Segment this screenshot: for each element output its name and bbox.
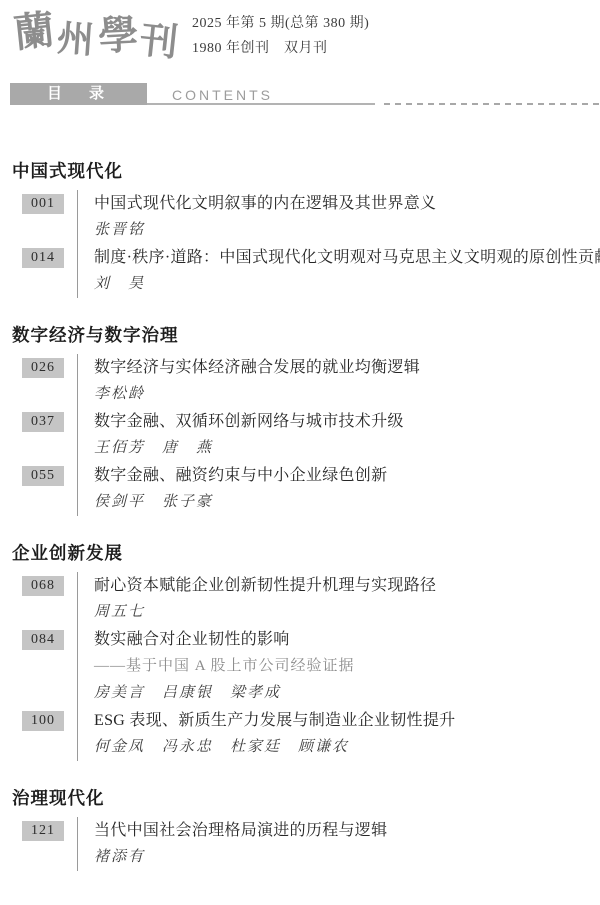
toc-entry: 121 当代中国社会治理格局演进的历程与逻辑 褚添有 <box>22 817 600 871</box>
article-title: 当代中国社会治理格局演进的历程与逻辑 <box>94 817 387 844</box>
toc-entry: 084 数实融合对企业韧性的影响 ——基于中国 A 股上市公司经验证据 房美言 … <box>22 626 600 707</box>
article-title: 数字金融、双循环创新网络与城市技术升级 <box>94 408 404 435</box>
page-number: 068 <box>22 576 64 596</box>
toc-section: 企业创新发展 068 耐心资本赋能企业创新韧性提升机理与实现路径 周五七 084… <box>0 540 600 761</box>
toc-entry: 026 数字经济与实体经济融合发展的就业均衡逻辑 李松龄 <box>22 354 600 408</box>
section-entries: 001 中国式现代化文明叙事的内在逻辑及其世界意义 张晋铭 014 制度·秩序·… <box>0 190 600 298</box>
toc-entry: 037 数字金融、双循环创新网络与城市技术升级 王佰芳 唐 燕 <box>22 408 600 462</box>
toc-section: 数字经济与数字治理 026 数字经济与实体经济融合发展的就业均衡逻辑 李松龄 0… <box>0 322 600 516</box>
page-number: 037 <box>22 412 64 432</box>
entry-body: 数字金融、双循环创新网络与城市技术升级 王佰芳 唐 燕 <box>77 408 412 462</box>
article-authors: 房美言 吕康银 梁孝成 <box>94 680 355 707</box>
journal-logo: 蘭州學刊 <box>14 2 182 59</box>
page-number: 055 <box>22 466 64 486</box>
page-number: 026 <box>22 358 64 378</box>
logo-char: 州 <box>55 9 97 64</box>
issue-number: 2025 年第 5 期(总第 380 期) <box>192 11 369 36</box>
toc-title-en: CONTENTS <box>172 87 273 103</box>
section-entries: 121 当代中国社会治理格局演进的历程与逻辑 褚添有 <box>0 817 600 871</box>
page-number: 100 <box>22 711 64 731</box>
article-title: 数实融合对企业韧性的影响 <box>94 626 355 653</box>
article-title: 数字金融、融资约束与中小企业绿色创新 <box>94 462 387 489</box>
article-subtitle: ——基于中国 A 股上市公司经验证据 <box>94 653 355 680</box>
article-authors: 褚添有 <box>94 844 387 871</box>
masthead: 蘭州學刊 2025 年第 5 期(总第 380 期) 1980 年创刊 双月刊 <box>0 0 600 83</box>
article-authors: 张晋铭 <box>94 217 436 244</box>
entry-body: 数字金融、融资约束与中小企业绿色创新 侯剑平 张子豪 <box>77 462 395 516</box>
logo-char: 刊 <box>137 9 182 67</box>
section-entries: 068 耐心资本赋能企业创新韧性提升机理与实现路径 周五七 084 数实融合对企… <box>0 572 600 761</box>
toc-section: 治理现代化 121 当代中国社会治理格局演进的历程与逻辑 褚添有 <box>0 785 600 871</box>
page-number: 001 <box>22 194 64 214</box>
article-title: 耐心资本赋能企业创新韧性提升机理与实现路径 <box>94 572 436 599</box>
contents-underline <box>147 103 375 105</box>
toc-header-bar: 目 录 CONTENTS <box>0 83 600 106</box>
article-authors: 周五七 <box>94 599 436 626</box>
section-heading: 中国式现代化 <box>12 158 600 185</box>
section-entries: 026 数字经济与实体经济融合发展的就业均衡逻辑 李松龄 037 数字金融、双循… <box>0 354 600 516</box>
toc-entry: 014 制度·秩序·道路：中国式现代化文明观对马克思主义文明观的原创性贡献 刘 … <box>22 244 600 298</box>
entry-body: 数实融合对企业韧性的影响 ——基于中国 A 股上市公司经验证据 房美言 吕康银 … <box>77 626 363 707</box>
entry-body: 制度·秩序·道路：中国式现代化文明观对马克思主义文明观的原创性贡献 刘 昊 <box>77 244 600 298</box>
article-title: 中国式现代化文明叙事的内在逻辑及其世界意义 <box>94 190 436 217</box>
article-authors: 王佰芳 唐 燕 <box>94 435 404 462</box>
logo-char: 學 <box>97 3 142 62</box>
founded-frequency: 1980 年创刊 双月刊 <box>192 36 369 61</box>
page-number: 084 <box>22 630 64 650</box>
issue-info: 2025 年第 5 期(总第 380 期) 1980 年创刊 双月刊 <box>192 11 369 61</box>
article-title: 制度·秩序·道路：中国式现代化文明观对马克思主义文明观的原创性贡献 <box>94 244 600 271</box>
section-heading: 企业创新发展 <box>12 540 600 567</box>
page-number: 121 <box>22 821 64 841</box>
article-authors: 何金凤 冯永忠 杜家廷 顾谦农 <box>94 734 455 761</box>
article-title: 数字经济与实体经济融合发展的就业均衡逻辑 <box>94 354 420 381</box>
toc-entry: 001 中国式现代化文明叙事的内在逻辑及其世界意义 张晋铭 <box>22 190 600 244</box>
entry-body: ESG 表现、新质生产力发展与制造业企业韧性提升 何金凤 冯永忠 杜家廷 顾谦农 <box>77 707 463 761</box>
entry-body: 当代中国社会治理格局演进的历程与逻辑 褚添有 <box>77 817 395 871</box>
article-authors: 刘 昊 <box>94 271 600 298</box>
entry-body: 数字经济与实体经济融合发展的就业均衡逻辑 李松龄 <box>77 354 428 408</box>
journal-toc-page: 蘭州學刊 2025 年第 5 期(总第 380 期) 1980 年创刊 双月刊 … <box>0 0 600 905</box>
article-authors: 李松龄 <box>94 381 420 408</box>
article-title: ESG 表现、新质生产力发展与制造业企业韧性提升 <box>94 707 455 734</box>
dashed-rule <box>384 103 600 105</box>
toc-sections: 中国式现代化 001 中国式现代化文明叙事的内在逻辑及其世界意义 张晋铭 014… <box>0 106 600 871</box>
page-number: 014 <box>22 248 64 268</box>
toc-entry: 068 耐心资本赋能企业创新韧性提升机理与实现路径 周五七 <box>22 572 600 626</box>
toc-section: 中国式现代化 001 中国式现代化文明叙事的内在逻辑及其世界意义 张晋铭 014… <box>0 158 600 298</box>
section-heading: 治理现代化 <box>12 785 600 812</box>
article-authors: 侯剑平 张子豪 <box>94 489 387 516</box>
section-heading: 数字经济与数字治理 <box>12 322 600 349</box>
toc-entry: 100 ESG 表现、新质生产力发展与制造业企业韧性提升 何金凤 冯永忠 杜家廷… <box>22 707 600 761</box>
toc-entry: 055 数字金融、融资约束与中小企业绿色创新 侯剑平 张子豪 <box>22 462 600 516</box>
entry-body: 中国式现代化文明叙事的内在逻辑及其世界意义 张晋铭 <box>77 190 444 244</box>
logo-char: 蘭 <box>11 0 59 59</box>
toc-title-cn: 目 录 <box>10 83 147 105</box>
entry-body: 耐心资本赋能企业创新韧性提升机理与实现路径 周五七 <box>77 572 444 626</box>
